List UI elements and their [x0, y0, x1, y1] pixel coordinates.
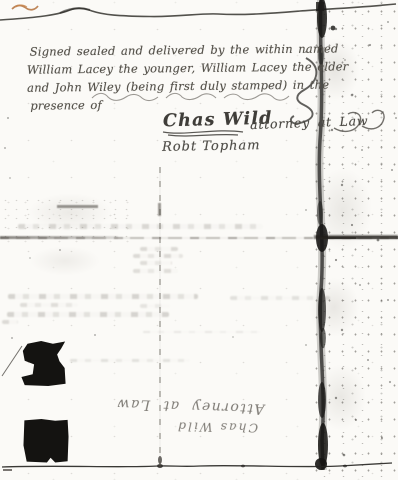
bottom-edge-line [2, 463, 392, 468]
attestation-line: Signed sealed and delivered by the withi… [30, 41, 349, 58]
horizontal-fold-crease-dark-left [0, 236, 118, 239]
bleedthrough-line [230, 296, 330, 300]
bleedthrough-line [20, 303, 78, 307]
horizontal-fold-crease-dark-right [314, 235, 398, 239]
diagonal-scratch [2, 346, 22, 376]
signature-underline-flourish [163, 131, 243, 136]
bleedthrough-line [140, 247, 178, 251]
bleedthrough-line [2, 320, 18, 324]
bleedthrough-line [133, 254, 183, 258]
faint-scratch-line [70, 359, 190, 362]
attestation-block: Signed sealed and delivered by the withi… [30, 41, 349, 112]
redaction-block-lower [23, 419, 69, 463]
bleedthrough-line [133, 269, 178, 273]
bleedthrough-line [8, 294, 198, 299]
bleedthrough-line [7, 312, 169, 317]
bleedthrough-line [140, 304, 170, 308]
vertical-fold-tick [158, 203, 161, 216]
stray-pen-dash [57, 205, 98, 208]
bleedthrough-line [18, 224, 263, 229]
attestation-line: and John Wiley (being first duly stamped… [27, 77, 349, 94]
bleedthrough-line [143, 331, 261, 333]
bleedthrough-line [140, 261, 172, 265]
bleedthrough-inverted-name: Chas Wild [176, 419, 258, 435]
torn-top-edge [0, 4, 396, 20]
bottom-left-tick [3, 469, 12, 471]
scanned-document-page: Signed sealed and delivered by the withi… [0, 0, 398, 480]
attestation-line: William Lacey the younger, William Lacey… [27, 59, 349, 76]
witness2-signature: Robt Topham [162, 138, 261, 155]
